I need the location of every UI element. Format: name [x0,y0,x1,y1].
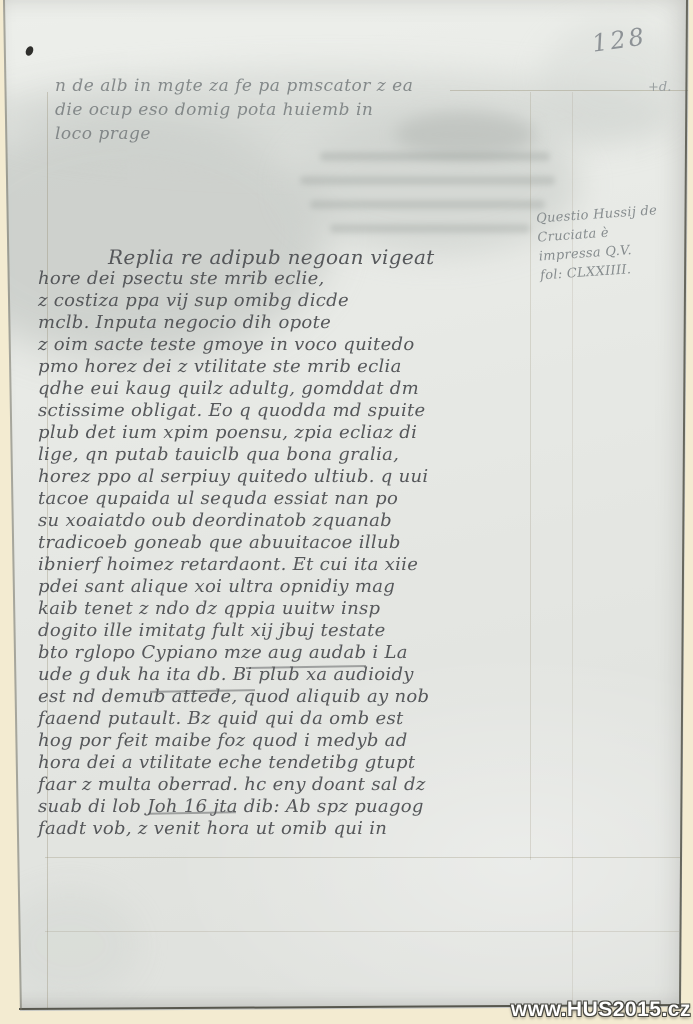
main-text-block: Replia re adipub negoan vigeat hore dei … [38,246,570,840]
text-line: kaib tenet z ndo dz qppia uuitw insp [38,598,570,620]
text-line: sctissime obligat. Eo q quodda md spuite [38,400,570,422]
watermark: www.HUS2015.cz [511,998,691,1022]
folio-number: 128 [590,22,648,57]
ink-bleed-through [300,176,555,185]
text-line: faar z multa oberrad. hc eny doant sal d… [38,774,570,796]
text-line: hora dei a vtilitate eche tendetibg gtup… [38,752,570,774]
text-line: hore dei psectu ste mrib eclie, [38,268,570,290]
top-note-line: n de alb in mgte za fe pa pmscator z ea [55,74,475,98]
text-line: ibnierf hoimez retardaont. Et cui ita xi… [38,554,570,576]
ink-speck [24,45,35,57]
ink-bleed-through [330,224,530,233]
text-line: est nd demub attede, quod aliquib ay nob [38,686,570,708]
ink-bleed-through [310,200,545,209]
text-line: faadt vob, z venit hora ut omib qui in [38,818,570,840]
text-line: dogito ille imitatg fult xij jbuj testat… [38,620,570,642]
text-line: plub det ium xpim poensu, zpia ecliaz di [38,422,570,444]
text-line: pdei sant alique xoi ultra opnidiy mag [38,576,570,598]
text-line: hog por feit maibe foz quod i medyb ad [38,730,570,752]
text-line: suab di lob Joh 16 jta dib: Ab spz puago… [38,796,570,818]
text-line: z oim sacte teste gmoye in voco quitedo [38,334,570,356]
top-note-line: die ocup eso domig pota huiemb in [55,98,475,122]
text-line: qdhe eui kaug quilz adultg, gomddat dm [38,378,570,400]
text-line: pmo horez dei z vtilitate ste mrib eclia [38,356,570,378]
manuscript-scan: 128 +d. n de alb in mgte za fe pa pmscat… [0,0,693,1024]
corner-annotation: +d. [648,80,671,95]
text-line: mclb. Inputa negocio dih opote [38,312,570,334]
text-line: tradicoeb goneab que abuuitacoe illub [38,532,570,554]
top-note-line: loco prage [55,122,475,146]
ruling-line-horizontal-middle [45,857,681,858]
text-line: bto rglopo Cypiano mze aug audab i La [38,642,570,664]
water-stain [0,890,140,1000]
text-line: faaend putault. Bz quid qui da omb est [38,708,570,730]
text-line: z costiza ppa vij sup omibg dicde [38,290,570,312]
ruling-line-horizontal-lower [45,931,679,932]
text-line: horez ppo al serpiuy quitedo ultiub. q u… [38,466,570,488]
text-line: tacoe qupaida ul sequda essiat nan po [38,488,570,510]
text-line: su xoaiatdo oub deordinatob zquanab [38,510,570,532]
ink-bleed-through [320,152,550,161]
top-note: n de alb in mgte za fe pa pmscator z ea … [55,74,475,146]
manuscript-page: 128 +d. n de alb in mgte za fe pa pmscat… [0,0,693,1014]
text-line: Replia re adipub negoan vigeat [38,246,570,268]
text-line: lige, qn putab tauiclb qua bona gralia, [38,444,570,466]
